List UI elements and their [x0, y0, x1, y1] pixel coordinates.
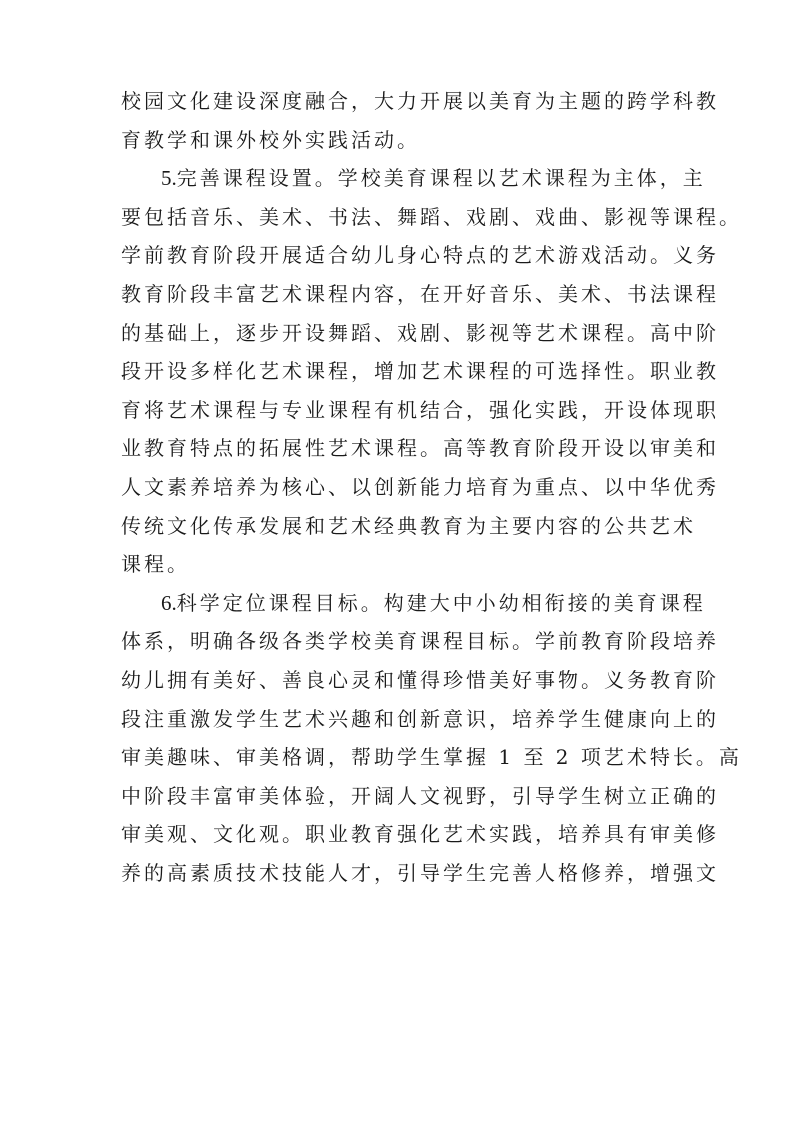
text-line: 中阶段丰富审美体验，开阔人文视野，引导学生树立正确的 — [121, 777, 673, 816]
paragraph-continuation: 校园文化建设深度融合，大力开展以美育为主题的跨学科教 育教学和课外校外实践活动。 — [121, 82, 673, 159]
paragraph-item-6: 6.科学定位课程目标。构建大中小幼相衔接的美育课程 体系，明确各级各类学校美育课… — [121, 584, 673, 893]
text-line: 人文素养培养为核心、以创新能力培育为重点、以中华优秀 — [121, 468, 673, 507]
text-line-first: 5.完善课程设置。学校美育课程以艺术课程为主体，主 — [121, 159, 673, 198]
text-line: 完善课程设置。学校美育课程以艺术课程为主体，主 — [177, 166, 706, 190]
text-line-first: 6.科学定位课程目标。构建大中小幼相衔接的美育课程 — [121, 584, 673, 623]
text-line: 审美趣味、审美格调，帮助学生掌握 1 至 2 项艺术特长。高 — [121, 738, 673, 777]
text-line: 审美观、文化观。职业教育强化艺术实践，培养具有审美修 — [121, 815, 673, 854]
text-line: 传统文化传承发展和艺术经典教育为主要内容的公共艺术 — [121, 507, 673, 546]
text-line: 教育阶段丰富艺术课程内容，在开好音乐、美术、书法课程 — [121, 275, 673, 314]
text-line: 体系，明确各级各类学校美育课程目标。学前教育阶段培养 — [121, 622, 673, 661]
text-line: 课程。 — [121, 545, 673, 584]
text-line: 养的高素质技术技能人才，引导学生完善人格修养，增强文 — [121, 854, 673, 893]
text-line: 的基础上，逐步开设舞蹈、戏剧、影视等艺术课程。高中阶 — [121, 314, 673, 353]
text-line: 育教学和课外校外实践活动。 — [121, 121, 673, 160]
text-line: 校园文化建设深度融合，大力开展以美育为主题的跨学科教 — [121, 82, 673, 121]
paragraph-item-5: 5.完善课程设置。学校美育课程以艺术课程为主体，主 要包括音乐、美术、书法、舞蹈… — [121, 159, 673, 584]
item-number: 6. — [161, 591, 177, 615]
text-line: 学前教育阶段开展适合幼儿身心特点的艺术游戏活动。义务 — [121, 236, 673, 275]
text-line: 段开设多样化艺术课程，增加艺术课程的可选择性。职业教 — [121, 352, 673, 391]
text-line: 科学定位课程目标。构建大中小幼相衔接的美育课程 — [177, 591, 706, 615]
text-line: 段注重激发学生艺术兴趣和创新意识，培养学生健康向上的 — [121, 700, 673, 739]
item-number: 5. — [161, 166, 177, 190]
document-body: 校园文化建设深度融合，大力开展以美育为主题的跨学科教 育教学和课外校外实践活动。… — [121, 82, 673, 892]
document-page: 校园文化建设深度融合，大力开展以美育为主题的跨学科教 育教学和课外校外实践活动。… — [0, 0, 793, 1122]
text-line: 要包括音乐、美术、书法、舞蹈、戏剧、戏曲、影视等课程。 — [121, 198, 673, 237]
text-line: 育将艺术课程与专业课程有机结合，强化实践，开设体现职 — [121, 391, 673, 430]
text-line: 幼儿拥有美好、善良心灵和懂得珍惜美好事物。义务教育阶 — [121, 661, 673, 700]
text-line: 业教育特点的拓展性艺术课程。高等教育阶段开设以审美和 — [121, 429, 673, 468]
